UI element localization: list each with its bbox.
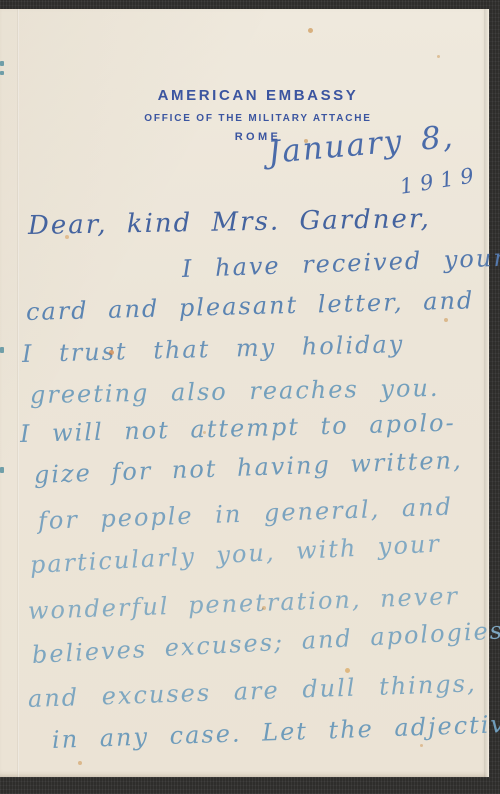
foxing-spot bbox=[437, 55, 440, 58]
paper-right-edge bbox=[484, 9, 489, 777]
foxing-spot bbox=[444, 318, 448, 322]
foxing-spot bbox=[65, 235, 69, 239]
foxing-spot bbox=[420, 744, 423, 747]
foxing-spot bbox=[78, 761, 82, 765]
paper-fold-crease bbox=[17, 9, 19, 777]
handwritten-line: card and pleasant letter, and bbox=[26, 286, 475, 326]
handwritten-line: I have received your bbox=[182, 244, 500, 283]
foxing-spot bbox=[203, 431, 206, 434]
handwritten-line: greeting also reaches you. bbox=[30, 374, 440, 409]
letter-paper: AMERICAN EMBASSY OFFICE OF THE MILITARY … bbox=[0, 9, 489, 777]
foxing-spot bbox=[109, 350, 114, 355]
handwritten-line: particularly you, with your bbox=[29, 529, 441, 578]
handwritten-line: for people in general, and bbox=[38, 493, 454, 535]
handwritten-line: and excuses are dull things, bbox=[28, 669, 478, 713]
ink-edge-mark bbox=[0, 71, 4, 75]
letter-scan: AMERICAN EMBASSY OFFICE OF THE MILITARY … bbox=[0, 0, 500, 794]
handwritten-line: gize for not having written, bbox=[34, 446, 464, 489]
handwritten-line: I trust that my holiday bbox=[22, 330, 405, 368]
ink-edge-mark bbox=[0, 347, 4, 353]
handwritten-line: wonderful penetration, never bbox=[28, 582, 460, 625]
ink-edge-mark bbox=[0, 61, 4, 66]
ink-edge-mark bbox=[0, 467, 4, 473]
salutation: Dear, kind Mrs. Gardner, bbox=[28, 204, 431, 241]
handwritten-line: believes excuses; and apologies bbox=[31, 616, 500, 669]
foxing-spot bbox=[345, 668, 350, 673]
letterhead-office: OFFICE OF THE MILITARY ATTACHE bbox=[110, 113, 406, 124]
letterhead-embassy: AMERICAN EMBASSY bbox=[110, 87, 406, 104]
foxing-spot bbox=[262, 606, 266, 610]
foxing-spot bbox=[304, 139, 308, 143]
handwritten-line: in any case. Let the adjectives bbox=[52, 709, 500, 754]
handwritten-line: I will not attempt to apolo- bbox=[20, 409, 456, 448]
handwritten-date-year: 1919 bbox=[398, 162, 482, 198]
foxing-spot bbox=[308, 28, 313, 33]
